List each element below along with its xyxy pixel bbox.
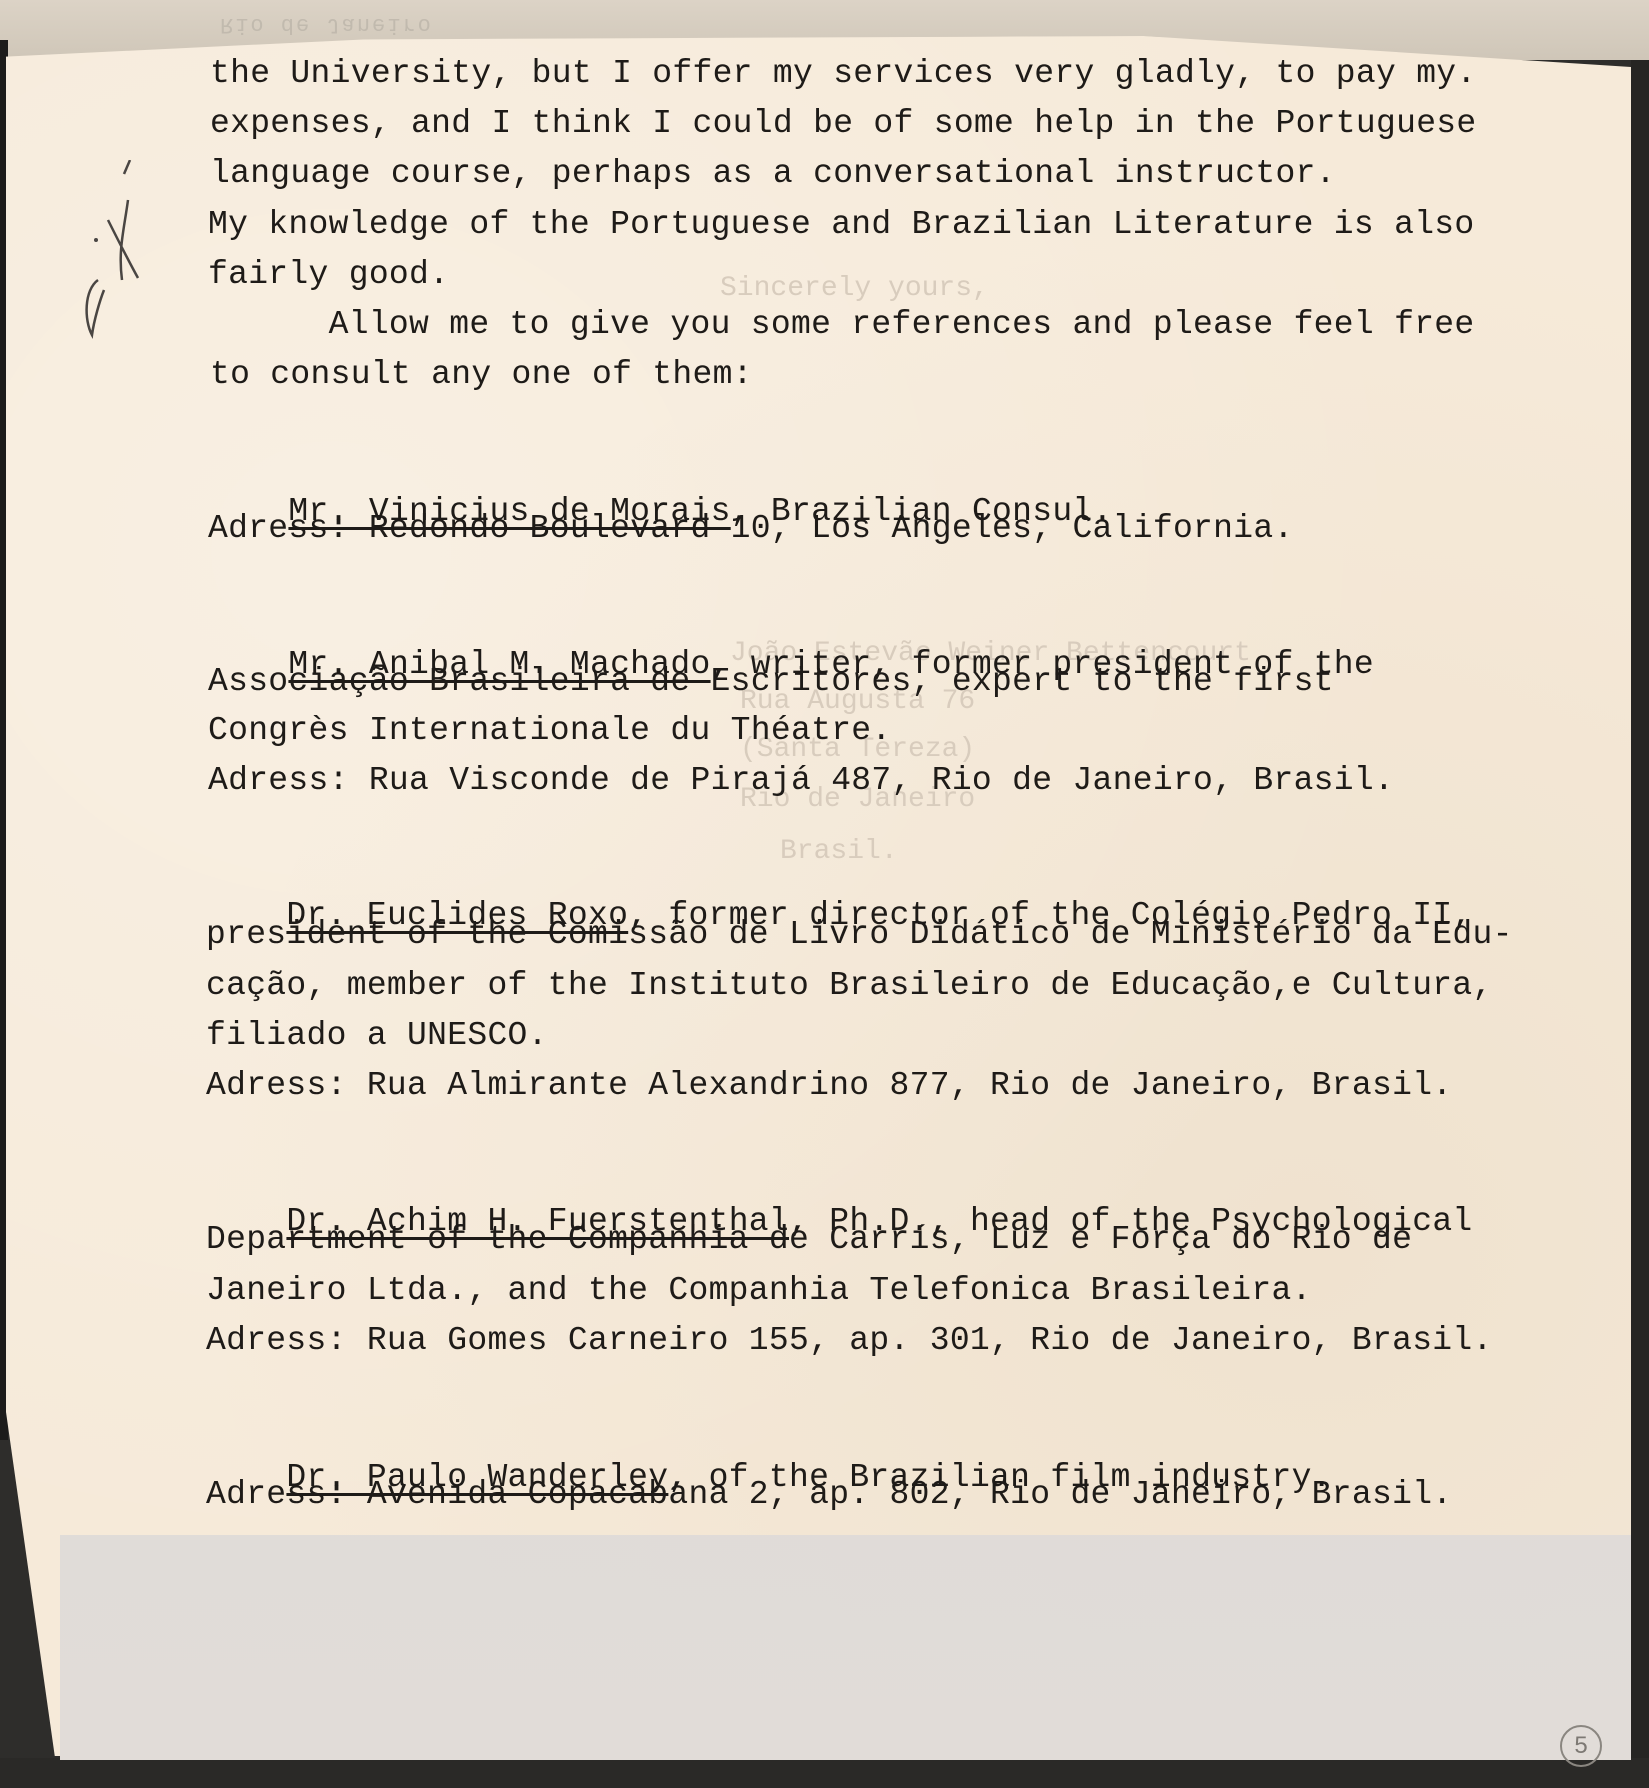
body-line: to consult any one of them: [210, 358, 753, 391]
right-background-edge [1631, 60, 1649, 1788]
scanned-document-scene: Rio de Janeiro Sincerely yours, João Est… [0, 0, 1649, 1788]
ghost-text-line: Brasil. [780, 838, 898, 866]
reference-description-line: cação, member of the Instituto Brasileir… [206, 969, 1493, 1002]
body-line: language course, perhaps as a conversati… [210, 157, 1336, 190]
reference-description-line: Janeiro Ltda., and the Companhia Telefon… [206, 1274, 1312, 1307]
reference-address: Adress: Redondo Boulevard 10, Los Angele… [208, 512, 1294, 545]
reference-description-line: Department of the Companhia de Carrís, L… [206, 1223, 1412, 1256]
reference-address: Adress: Avenida Copacabana 2, ap. 802, R… [206, 1478, 1452, 1511]
body-line: fairly good. [208, 258, 449, 291]
ghost-text-line: Sincerely yours, [720, 275, 989, 303]
reference-description-line: filiado a UNESCO. [206, 1019, 548, 1052]
body-line: expenses, and I think I could be of some… [210, 107, 1477, 140]
reference-address: Adress: Rua Gomes Carneiro 155, ap. 301,… [206, 1324, 1493, 1357]
underlying-sheet-text: Rio de Janeiro [220, 12, 433, 37]
pencil-checkmark-icon [78, 160, 158, 340]
reference-description-line: Associação Brasileira de Escritores, exp… [208, 665, 1334, 698]
body-line: the University, but I offer my services … [210, 57, 1477, 90]
body-line: Allow me to give you some references and… [208, 308, 1475, 341]
page-number-badge: 5 [1560, 1725, 1602, 1767]
reference-address: Adress: Rua Almirante Alexandrino 877, R… [206, 1069, 1452, 1102]
tissue-overlay [60, 1535, 1631, 1760]
reference-description-line: president of the Comissão de Livro Didát… [206, 918, 1513, 951]
reference-description-line: Congrès Internationale du Théatre. [208, 714, 892, 747]
body-line: My knowledge of the Portuguese and Brazi… [208, 208, 1475, 241]
bottom-background-edge [0, 1758, 1649, 1788]
reference-address: Adress: Rua Visconde de Pirajá 487, Rio … [208, 764, 1394, 797]
